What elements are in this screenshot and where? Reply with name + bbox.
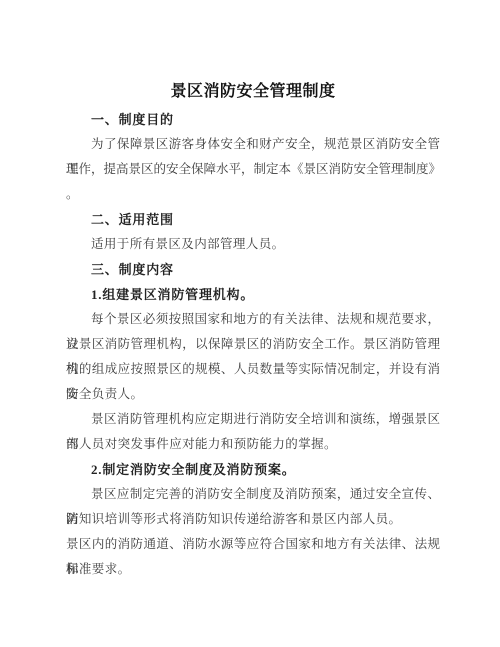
- document-page: 景区消防安全管理制度 一、制度目的为了保障景区游客身体安全和财产安全，规范景区消…: [0, 0, 500, 647]
- paragraph-line: 立景区消防管理机构，以保障景区的消防安全工作。景区消防管理机: [66, 332, 440, 357]
- paragraph-line: 工作，提高景区的安全保障水平，制定本《景区消防安全管理制度》: [66, 157, 440, 182]
- paragraph-line: 景区应制定完善的消防安全制度及消防预案，通过安全宣传、消: [66, 482, 440, 507]
- paragraph-line: 。: [66, 182, 440, 207]
- paragraph-line: 景区消防管理机构应定期进行消防安全培训和演练，增强景区内: [66, 407, 440, 432]
- section-heading: 1.组建景区消防管理机构。: [66, 282, 440, 307]
- section-heading: 一、制度目的: [66, 107, 440, 132]
- section-heading: 2.制定消防安全制度及消防预案。: [66, 457, 440, 482]
- paragraph-line: 每个景区必须按照国家和地方的有关法律、法规和规范要求，设: [66, 307, 440, 332]
- paragraph-line: 标准要求。: [66, 557, 440, 582]
- section-heading: 三、制度内容: [66, 257, 440, 282]
- paragraph-line: 景区内的消防通道、消防水源等应符合国家和地方有关法律、法规和: [66, 532, 440, 557]
- paragraph-line: 防知识培训等形式将消防知识传递给游客和景区内部人员。: [66, 507, 440, 532]
- paragraph-line: 为了保障景区游客身体安全和财产安全，规范景区消防安全管理: [66, 132, 440, 157]
- paragraph-line: 适用于所有景区及内部管理人员。: [66, 232, 440, 257]
- paragraph-line: 安全负责人。: [66, 382, 440, 407]
- section-heading: 二、适用范围: [66, 207, 440, 232]
- paragraph-line: 构的组成应按照景区的规模、人员数量等实际情况制定，并设有消防: [66, 357, 440, 382]
- document-body: 一、制度目的为了保障景区游客身体安全和财产安全，规范景区消防安全管理工作，提高景…: [66, 107, 440, 582]
- paragraph-line: 部人员对突发事件应对能力和预防能力的掌握。: [66, 432, 440, 457]
- document-title: 景区消防安全管理制度: [66, 81, 440, 102]
